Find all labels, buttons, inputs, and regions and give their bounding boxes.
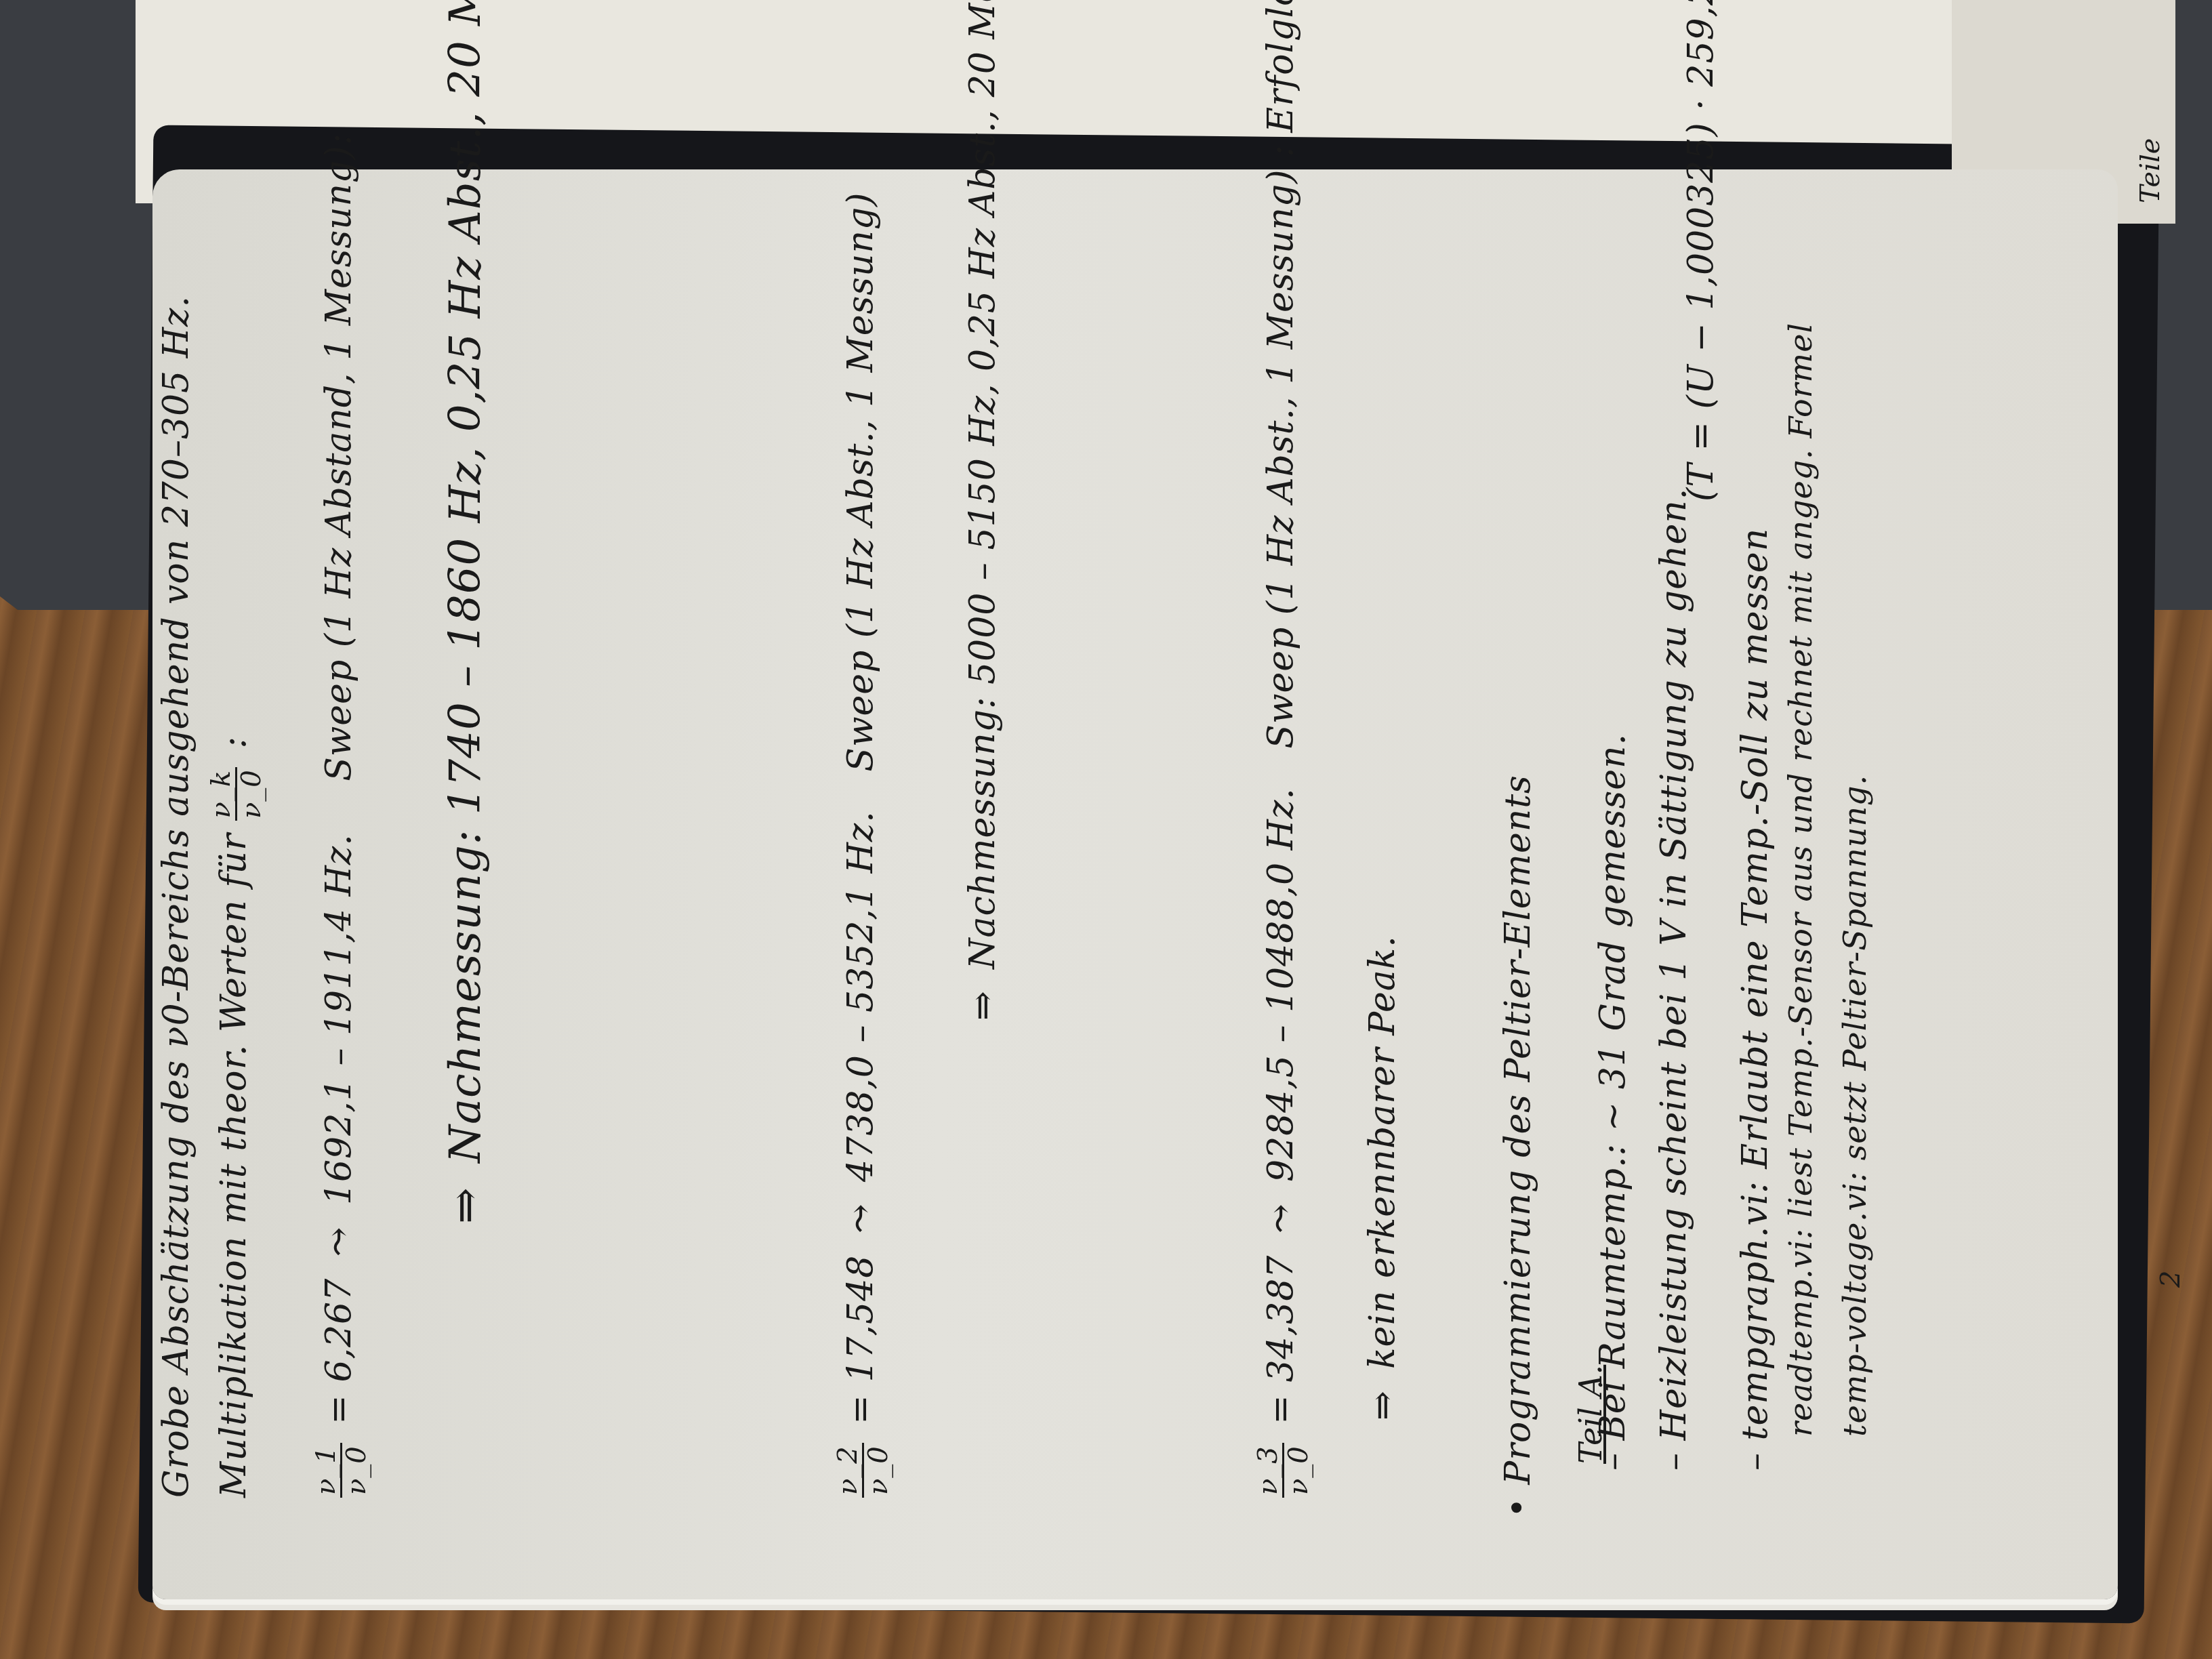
fraction-numerator: ν_3 <box>1254 1443 1284 1498</box>
teil-a-label: Teil A. <box>1572 1365 1609 1464</box>
header-line2-text: Multiplikation mit theor. Werten für <box>213 833 254 1498</box>
header-text: Grobe Abschätzung des ν0-Bereichs ausgeh… <box>156 295 197 1498</box>
section-3-calc: ν_3 ν_0 = 34,387 ⤳ 9284,5 – 10488,0 Hz. … <box>1254 0 1313 1498</box>
fraction-denominator: ν_0 <box>1284 1446 1313 1495</box>
peltier-subitem-2: temp-voltage.vi: setzt Peltier-Spannung. <box>1837 775 1873 1437</box>
partial-word: Teile <box>2135 138 2166 203</box>
ratio-fraction: ν_k ν_0 <box>207 767 266 821</box>
fraction-denominator: ν_0 <box>864 1446 893 1495</box>
frequency-range: 9284,5 – 10488,0 Hz. <box>1261 787 1301 1182</box>
result-text: kein erkennbarer Peak. <box>1362 935 1403 1369</box>
ratio-fraction: ν_2 ν_0 <box>834 1443 893 1498</box>
section-2-calc: ν_2 ν_0 = 17,548 ⤳ 4738,0 – 5352,1 Hz. S… <box>834 192 893 1498</box>
peltier-item-text: Heizleistung scheint bei 1 V in Sättigun… <box>1654 488 1694 1441</box>
fraction-numerator: ν_k <box>207 767 237 821</box>
formula-text: (T = (U − 1,000325) · 259,2684) <box>1681 0 1721 501</box>
peltier-item-2: – Heizleistung scheint bei 1 V in Sättig… <box>1654 488 1694 1471</box>
peltier-heading: • Programmierung des Peltier-Elements <box>1498 775 1538 1518</box>
dash-icon: – <box>1654 1452 1694 1471</box>
result-text: Nachmessung: 1740 – 1860 Hz, 0,25 Hz Abs… <box>441 0 491 1163</box>
ratio-value: = 17,548 <box>840 1255 881 1425</box>
peltier-subitem-text: readtemp.vi: liest Temp.-Sensor aus und … <box>1782 323 1819 1437</box>
peltier-subitem-1: readtemp.vi: liest Temp.-Sensor aus und … <box>1782 323 1819 1437</box>
peltier-item-1: – Bei Raumtemp.: ~ 31 Grad gemessen. <box>1593 733 1633 1471</box>
implies-arrow-icon: ⇒ <box>1362 1390 1403 1420</box>
fraction-denominator: ν_0 <box>342 1446 371 1495</box>
peltier-item-text: tempgraph.vi: Erlaubt eine Temp.-Soll zu… <box>1735 528 1776 1441</box>
next-page-teil-a: Teil A. <box>1572 1365 1609 1464</box>
ratio-value: = 6,267 <box>319 1278 359 1425</box>
next-page-number: 2 <box>2155 1271 2186 1288</box>
section-3-result: ⇒ kein erkennbarer Peak. <box>1362 935 1403 1430</box>
peltier-item-3: – tempgraph.vi: Erlaubt eine Temp.-Soll … <box>1735 528 1776 1471</box>
header-line-1: Grobe Abschätzung des ν0-Bereichs ausgeh… <box>156 295 197 1498</box>
ratio-fraction: ν_3 ν_0 <box>1254 1443 1313 1498</box>
header-line-2: Multiplikation mit theor. Werten für ν_k… <box>207 736 266 1498</box>
temperature-formula: (T = (U − 1,000325) · 259,2684) <box>1681 0 1721 501</box>
next-page-partial-text: Teile <box>2135 138 2166 203</box>
implies-arrow-icon: ⇒ <box>441 1187 491 1224</box>
colon: : <box>213 736 254 749</box>
bullet-icon: • <box>1498 1496 1538 1518</box>
dash-icon: – <box>1735 1452 1776 1471</box>
section-2-result: ⇒ Nachmessung: 5000 – 5150 Hz, 0,25 Hz A… <box>962 0 1003 1030</box>
fraction-numerator: ν_1 <box>312 1443 342 1498</box>
section-1-result: ⇒ Nachmessung: 1740 – 1860 Hz, 0,25 Hz A… <box>441 0 491 1233</box>
section-1-calc: ν_1 ν_0 = 6,267 ⤳ 1692,1 – 1911,4 Hz. Sw… <box>312 133 371 1498</box>
implies-arrow-icon: ⇒ <box>962 990 1003 1021</box>
peltier-item-text: Bei Raumtemp.: ~ 31 Grad gemessen. <box>1593 733 1633 1440</box>
sweep-note: Sweep (1 Hz Abstand, 1 Messung): <box>319 133 359 781</box>
squiggle-arrow-icon: ⤳ <box>840 1204 881 1234</box>
peltier-subitem-text: temp-voltage.vi: setzt Peltier-Spannung. <box>1837 775 1873 1437</box>
page-number-fragment: 2 <box>2155 1271 2186 1288</box>
handwritten-notes: Grobe Abschätzung des ν0-Bereichs ausgeh… <box>156 102 2121 1559</box>
squiggle-arrow-icon: ⤳ <box>319 1227 359 1257</box>
fraction-denominator: ν_0 <box>237 769 266 819</box>
frequency-range: 4738,0 – 5352,1 Hz. <box>840 811 881 1182</box>
ratio-fraction: ν_1 ν_0 <box>312 1443 371 1498</box>
squiggle-arrow-icon: ⤳ <box>1261 1204 1301 1234</box>
result-text: Nachmessung: 5000 – 5150 Hz, 0,25 Hz Abs… <box>962 0 1003 969</box>
sweep-note: Sweep (1 Hz Abst., 1 Messung) <box>840 192 881 771</box>
peltier-title: Programmierung des Peltier-Elements <box>1498 775 1538 1485</box>
sweep-note: Sweep (1 Hz Abst., 1 Messung) : Erfolglo… <box>1261 0 1301 749</box>
frequency-range: 1692,1 – 1911,4 Hz. <box>319 834 359 1205</box>
fraction-numerator: ν_2 <box>834 1443 864 1498</box>
ratio-value: = 34,387 <box>1261 1255 1301 1425</box>
